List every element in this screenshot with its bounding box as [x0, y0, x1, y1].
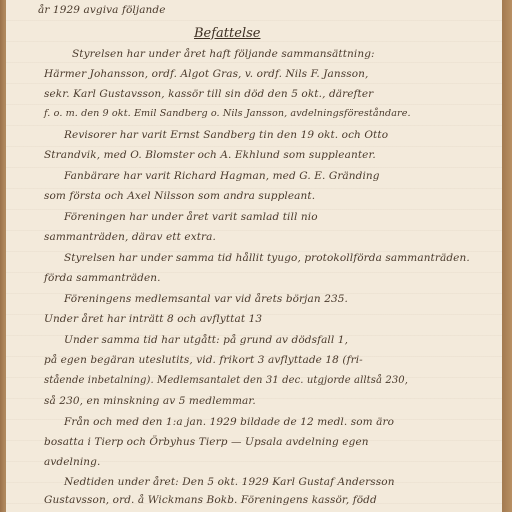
text-line: på egen begäran uteslutits, vid. frikort… — [44, 354, 363, 366]
text-line: Från och med den 1:a jan. 1929 bildade d… — [64, 416, 394, 428]
text-line: Gustavsson, ord. å Wickmans Bokb. Föreni… — [44, 494, 377, 506]
text-line: sekr. Karl Gustavsson, kassör till sin d… — [44, 88, 373, 100]
text-line: Föreningens medlemsantal var vid årets b… — [64, 293, 348, 305]
text-line: Nedtiden under året: Den 5 okt. 1929 Kar… — [64, 476, 395, 488]
text-line: Fanbärare har varit Richard Hagman, med … — [64, 170, 380, 182]
text-line: Revisorer har varit Ernst Sandberg tin d… — [64, 129, 388, 141]
text-line: Styrelsen har under året haft följande s… — [72, 48, 375, 60]
text-line: stående inbetalning). Medlemsantalet den… — [44, 375, 408, 386]
text-line: sammanträden, därav ett extra. — [44, 231, 216, 243]
board-edge-right — [502, 0, 512, 512]
text-line: som första och Axel Nilsson som andra su… — [44, 190, 315, 202]
text-line: f. o. m. den 9 okt. Emil Sandberg o. Nil… — [44, 108, 411, 119]
text-line: Föreningen har under året varit samlad t… — [64, 211, 318, 223]
handwritten-page: år 1929 avgiva följande Befattelse Styre… — [6, 0, 502, 512]
text-line: avdelning. — [44, 456, 100, 468]
text-line: Strandvik, med O. Blomster och A. Ekhlun… — [44, 149, 376, 161]
text-line: bosatta i Tierp och Örbyhus Tierp — Upsa… — [44, 436, 369, 448]
text-line: Härmer Johansson, ordf. Algot Gras, v. o… — [44, 68, 368, 80]
text-line: förda sammanträden. — [44, 272, 161, 284]
text-line: Under året har inträtt 8 och avflyttat 1… — [44, 313, 262, 325]
section-heading: Befattelse — [194, 26, 260, 41]
text-line: år 1929 avgiva följande — [38, 4, 166, 16]
text-line: Styrelsen har under samma tid hållit tyu… — [64, 252, 470, 264]
text-line: Under samma tid har utgått: på grund av … — [64, 334, 348, 346]
text-line: så 230, en minskning av 5 medlemmar. — [44, 395, 256, 407]
